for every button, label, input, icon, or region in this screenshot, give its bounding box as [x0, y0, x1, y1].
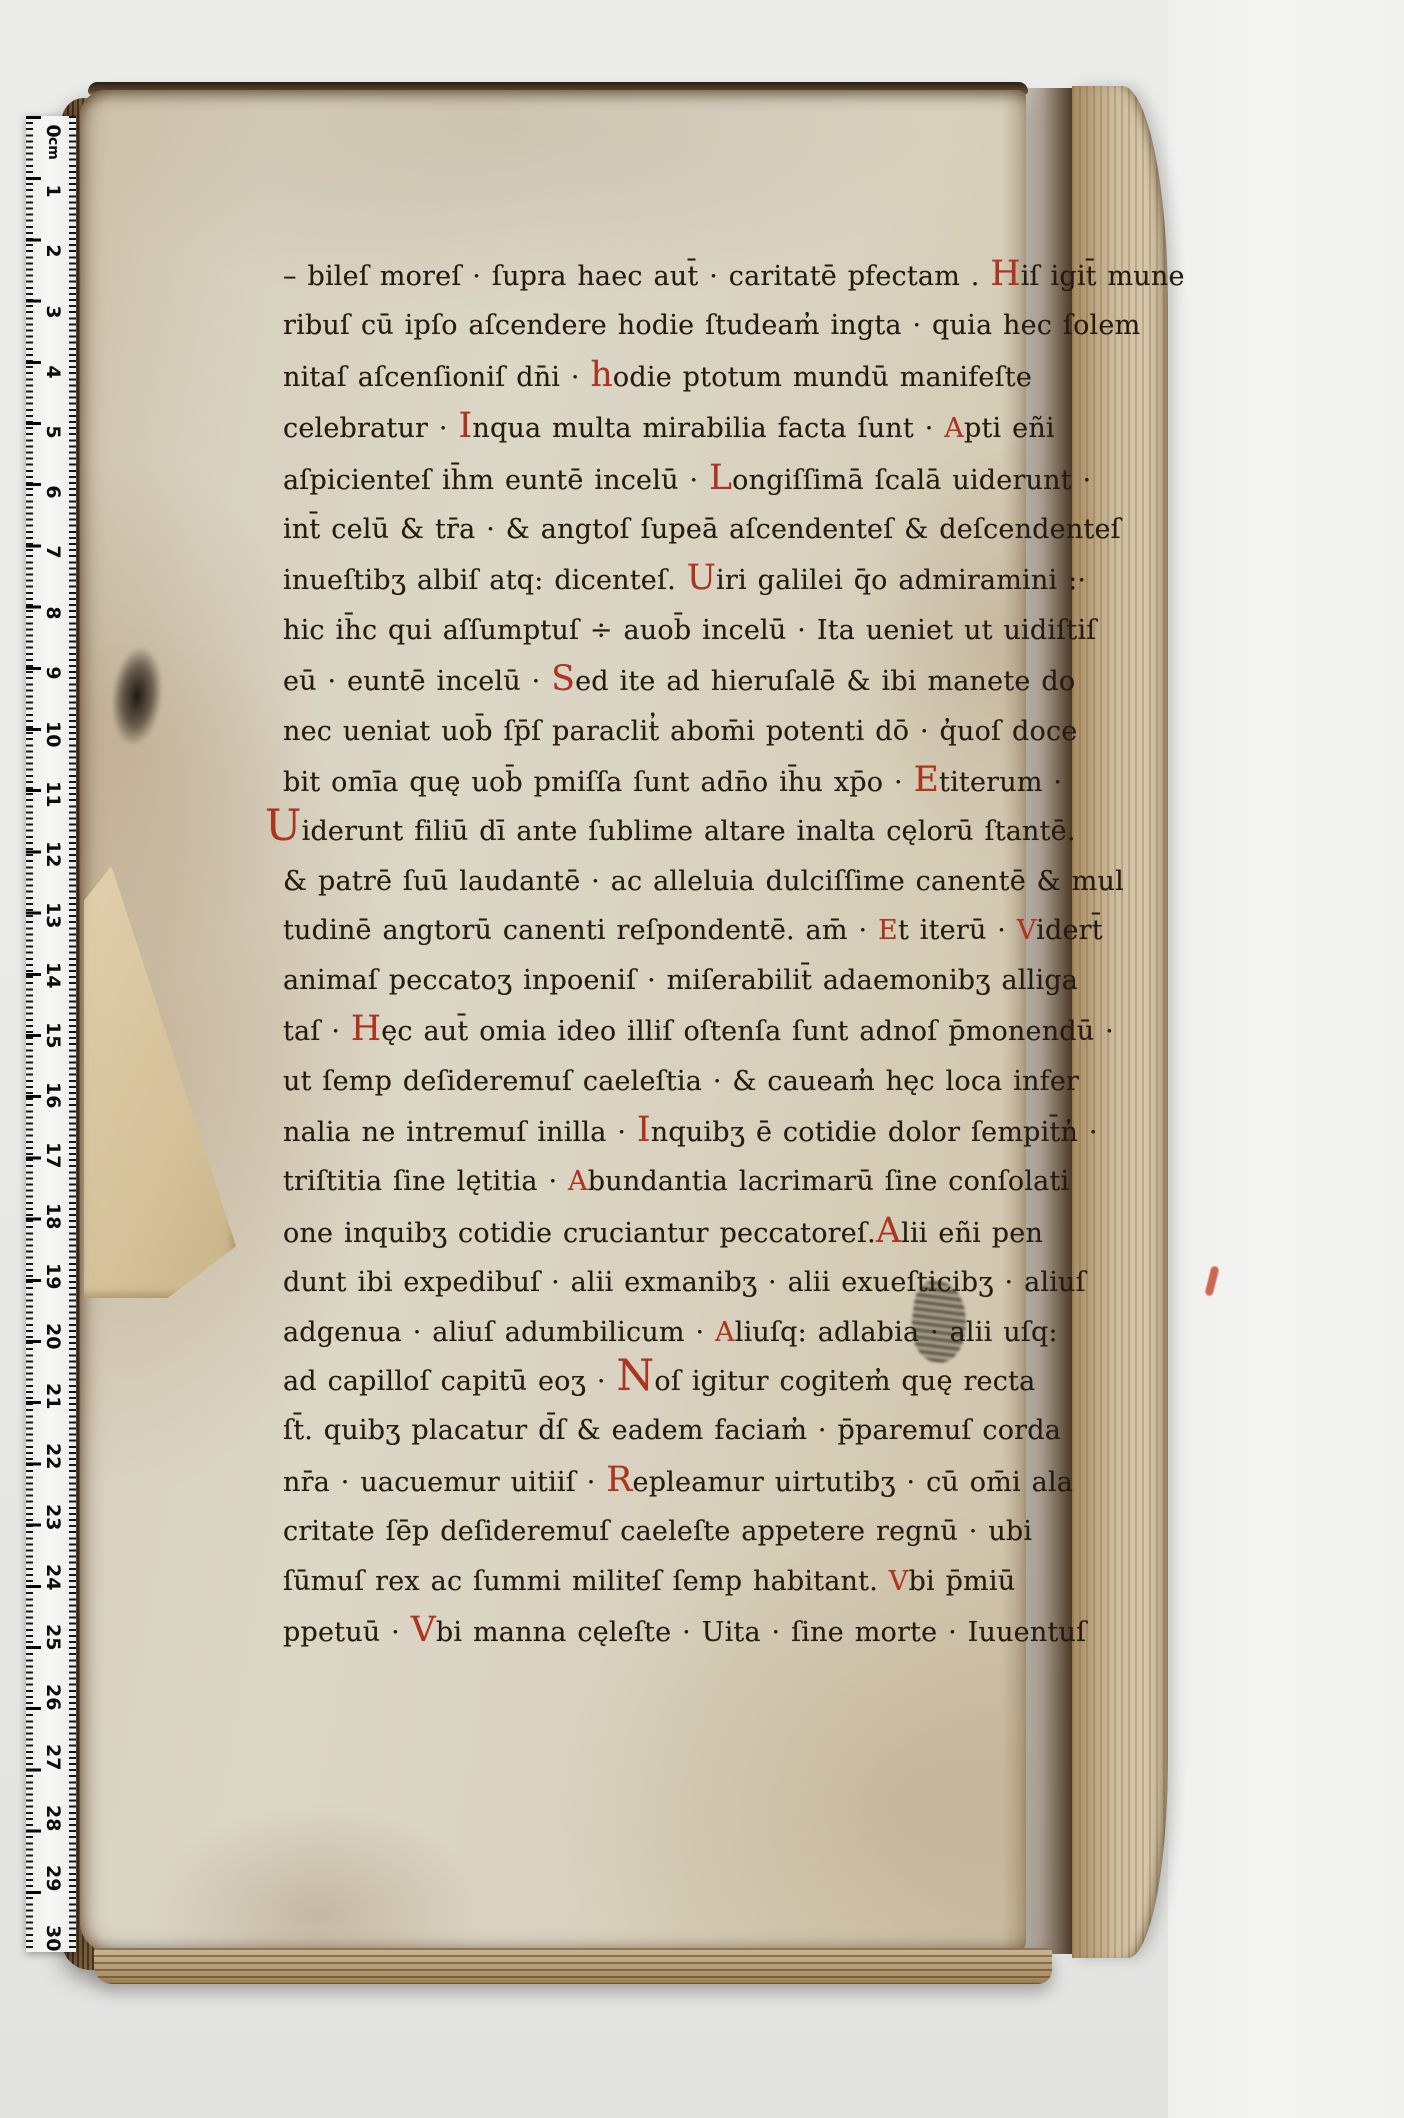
ruler-number: 19	[42, 1263, 64, 1287]
manuscript-line: inueſtibʒ albiſ atq: dicenteſ. Uiri gali…	[283, 554, 1023, 605]
ruler-number: 6	[42, 480, 64, 504]
text-segment: hic ih̄c qui aſſumptuſ ÷ auob̄ incelū · …	[283, 615, 1096, 646]
text-segment: ppetuū ·	[283, 1617, 411, 1648]
manuscript-line: nalia ne intremuſ inilla · Inquibʒ ē cot…	[283, 1106, 1023, 1157]
text-segment: one inquibʒ cotidie cruciantur peccatore…	[283, 1218, 876, 1249]
ruler-number: 11	[42, 781, 64, 805]
rubric-initial: I	[459, 406, 473, 446]
rubric-initial: A	[944, 413, 964, 444]
ruler-number: 18	[42, 1203, 64, 1227]
ruler-number: 28	[42, 1805, 64, 1829]
manuscript-line: animaſ peccatoʒ inpoeniſ · miſerabilit̄ …	[283, 956, 1023, 1005]
text-segment: epleamur uirtutibʒ · cū om̄i ala	[633, 1467, 1074, 1498]
text-block: – bileſ moreſ · ſupra haec aut̄ · carita…	[283, 250, 1023, 1657]
manuscript-line: one inquibʒ cotidie cruciantur peccatore…	[283, 1207, 1023, 1258]
ruler-number: 7	[42, 540, 64, 564]
text-segment: dunt ibi expedibuſ · alii exmanibʒ · ali…	[283, 1267, 1086, 1298]
text-segment: titerum ·	[939, 767, 1062, 798]
text-segment: ongiſſimā ſcalā uiderunt ·	[732, 465, 1091, 496]
manuscript-line: ppetuū · Vbi manna cęleſte · Uita · ſine…	[283, 1606, 1023, 1657]
rubric-initial: L	[709, 458, 732, 498]
ruler-number: 17	[42, 1142, 64, 1166]
text-segment: nalia ne intremuſ inilla ·	[283, 1117, 637, 1148]
manuscript-line: hic ih̄c qui aſſumptuſ ÷ auob̄ incelū · …	[283, 606, 1023, 655]
ruler-number: 2	[42, 239, 64, 263]
manuscript-line: – bileſ moreſ · ſupra haec aut̄ · carita…	[283, 250, 1023, 301]
text-segment: int̄ celū & tr̄a · & angtoſ ſupeā aſcend…	[283, 514, 1121, 545]
manuscript-line: celebratur · Inqua multa mirabilia facta…	[283, 402, 1023, 453]
manuscript-line: ſūmuſ rex ac ſummi militeſ ſemp habitant…	[283, 1557, 1023, 1606]
manuscript-line: nec ueniat uob̄ ſp̄ſ paraclit̓ abom̄i po…	[283, 707, 1023, 756]
manuscript-line: & patrē ſuū laudantē · ac alleluia dulci…	[283, 857, 1023, 906]
ruler-number: 24	[42, 1564, 64, 1588]
ruler-number: 16	[42, 1082, 64, 1106]
ruler-number: 10	[42, 721, 64, 745]
text-segment: nquibʒ ē cotidie dolor ſempit̄n̓ ·	[651, 1117, 1098, 1148]
text-segment: nr̄a · uacuemur uitiiſ ·	[283, 1467, 606, 1498]
manuscript-line: critate ſēp deſideremuſ caeleſte appeter…	[283, 1507, 1023, 1556]
ruler-number: 4	[42, 360, 64, 384]
book-bottom-edge	[94, 1948, 1052, 1984]
text-segment: ut ſemp deſideremuſ caeleſtia · & caueam…	[283, 1066, 1079, 1097]
text-segment: ęc aut̄ omia ideo illiſ oſtenſa ſunt adn…	[381, 1016, 1114, 1047]
manuscript-line: nitaſ aſcenſioniſ dn̄i · hodie ptotum mu…	[283, 351, 1023, 402]
ruler-number: 23	[42, 1504, 64, 1528]
ruler-number: 12	[42, 841, 64, 865]
text-segment: – bileſ moreſ · ſupra haec aut̄ · carita…	[283, 261, 990, 292]
text-segment: ed ite ad hieruſalē & ibi manete do	[575, 666, 1075, 697]
text-segment: bundantia lacrimarū ſine conſolati	[588, 1166, 1070, 1197]
text-segment: t iterū ·	[898, 915, 1017, 946]
ruler-number: 1	[42, 179, 64, 203]
rubric-initial: E	[878, 915, 898, 946]
text-segment: aſpicienteſ ih̄m euntē incelū ·	[283, 465, 709, 496]
ruler-number: 29	[42, 1865, 64, 1889]
rubric-initial: A	[568, 1166, 588, 1197]
ruler-number: 15	[42, 1022, 64, 1046]
rubric-initial: U	[687, 558, 716, 598]
text-segment: ſūmuſ rex ac ſummi militeſ ſemp habitant…	[283, 1566, 889, 1597]
text-segment: pti eñi	[964, 413, 1055, 444]
text-segment: tudinē angtorū canenti reſpondentē. am̄ …	[283, 915, 878, 946]
rubric-initial: V	[889, 1566, 909, 1597]
text-segment: idert̄	[1036, 915, 1103, 946]
rubric-initial: U	[265, 801, 302, 851]
text-segment: iri galilei q̄o admiramini :·	[716, 565, 1086, 596]
rubric-initial: h	[590, 355, 612, 395]
manuscript-line: int̄ celū & tr̄a · & angtoſ ſupeā aſcend…	[283, 505, 1023, 554]
text-segment: eū · euntē incelū ·	[283, 666, 551, 697]
rubric-initial: I	[637, 1110, 651, 1150]
text-segment: critate ſēp deſideremuſ caeleſte appeter…	[283, 1516, 1032, 1547]
manuscript-line: ut ſemp deſideremuſ caeleſtia · & caueam…	[283, 1057, 1023, 1106]
text-segment: celebratur ·	[283, 413, 459, 444]
ruler-number: 0	[42, 119, 64, 143]
manuscript-line: ſt̄. quibʒ placatur d̄ſ & eadem faciam̓ …	[283, 1406, 1023, 1455]
manuscript-line: tudinē angtorū canenti reſpondentē. am̄ …	[283, 906, 1023, 955]
ruler-number: 27	[42, 1744, 64, 1768]
manuscript-line: aſpicienteſ ih̄m euntē incelū · Longiſſi…	[283, 454, 1023, 505]
text-segment: animaſ peccatoʒ inpoeniſ · miſerabilit̄ …	[283, 965, 1078, 996]
manuscript-line: ad capilloſ capitū eoʒ · Noſ igitur cogi…	[283, 1357, 1023, 1406]
manuscript-line: eū · euntē incelū · Sed ite ad hieruſalē…	[283, 655, 1023, 706]
text-segment: & patrē ſuū laudantē · ac alleluia dulci…	[283, 866, 1124, 897]
text-segment: bi p̄miū	[908, 1566, 1015, 1597]
rubric-initial: H	[351, 1009, 381, 1049]
text-segment: inueſtibʒ albiſ atq: dicenteſ.	[283, 565, 687, 596]
ruler-number: 8	[42, 601, 64, 625]
manuscript-line: adgenua · aliuſ adumbilicum · Aliuſq: ad…	[283, 1308, 1023, 1357]
rubric-initial: E	[914, 760, 939, 800]
ruler-ticks-right	[69, 116, 76, 1952]
text-segment: adgenua · aliuſ adumbilicum ·	[283, 1317, 715, 1348]
text-segment: ſt̄. quibʒ placatur d̄ſ & eadem faciam̓ …	[283, 1415, 1061, 1446]
text-segment: liuſq: adlabia · alii uſq:	[735, 1317, 1058, 1348]
rubric-initial: A	[876, 1211, 901, 1251]
manuscript-line: triſtitia ſine lętitia · Abundantia lacr…	[283, 1157, 1023, 1206]
manuscript-line: nr̄a · uacuemur uitiiſ · Repleamur uirtu…	[283, 1456, 1023, 1507]
ruler-number: 9	[42, 661, 64, 685]
manuscript-line: taſ · Hęc aut̄ omia ideo illiſ oſtenſa ſ…	[283, 1005, 1023, 1056]
text-segment: triſtitia ſine lętitia ·	[283, 1166, 568, 1197]
text-segment: bit omīa quę uob̄ pmiſſa ſunt adn̄o ih̄u…	[283, 767, 914, 798]
text-segment: ribuſ cū ipſo aſcendere hodie ſtudeam̓ i…	[283, 310, 1140, 341]
ruler-number: 25	[42, 1624, 64, 1648]
text-segment: nitaſ aſcenſioniſ dn̄i ·	[283, 362, 590, 393]
ruler-cm-ticks	[26, 116, 41, 1952]
rubric-initial: H	[990, 254, 1020, 294]
text-segment: iſ igit̄ mune	[1021, 261, 1185, 292]
text-segment: taſ ·	[283, 1016, 351, 1047]
rubric-initial: S	[551, 659, 575, 699]
text-segment: ad capilloſ capitū eoʒ ·	[283, 1366, 616, 1397]
ruler-number: 20	[42, 1323, 64, 1347]
text-segment: lii eñi pen	[901, 1218, 1043, 1249]
ruler-number: 22	[42, 1443, 64, 1467]
text-segment: nqua multa mirabilia facta ſunt ·	[472, 413, 944, 444]
manuscript-line: bit omīa quę uob̄ pmiſſa ſunt adn̄o ih̄u…	[283, 756, 1023, 807]
manuscript-photo: { "photo": { "backdrop_color": "#e9e9e7"…	[0, 0, 1404, 2118]
ruler-number: 14	[42, 962, 64, 986]
rubric-initial: V	[411, 1610, 436, 1650]
rubric-initial: V	[1017, 915, 1036, 946]
ruler-number: 13	[42, 902, 64, 926]
ruler-number: 21	[42, 1383, 64, 1407]
ruler-number: 3	[42, 300, 64, 324]
text-segment: bi manna cęleſte · Uita · ſine morte · I…	[436, 1617, 1086, 1648]
rubric-initial: A	[715, 1317, 735, 1348]
ruler: cm 0123456789101112131415161718192021222…	[26, 116, 76, 1952]
ruler-number: 26	[42, 1684, 64, 1708]
rubric-initial: R	[606, 1460, 632, 1500]
photo-backdrop-right	[1168, 0, 1404, 2118]
manuscript-line: ribuſ cū ipſo aſcendere hodie ſtudeam̓ i…	[283, 301, 1023, 350]
text-segment: iderunt filiū dī ante ſublime altare ina…	[302, 816, 1076, 847]
text-segment: nec ueniat uob̄ ſp̄ſ paraclit̓ abom̄i po…	[283, 716, 1077, 747]
manuscript-line: Uiderunt filiū dī ante ſublime altare in…	[265, 807, 1023, 856]
text-segment: odie ptotum mundū manifeſte	[613, 362, 1032, 393]
text-segment: oſ igitur cogitem̓ quę recta	[654, 1366, 1035, 1397]
rubric-initial: N	[616, 1351, 654, 1401]
ruler-number: 5	[42, 420, 64, 444]
manuscript-line: dunt ibi expedibuſ · alii exmanibʒ · ali…	[283, 1258, 1023, 1307]
ruler-number: 30	[42, 1925, 64, 1949]
